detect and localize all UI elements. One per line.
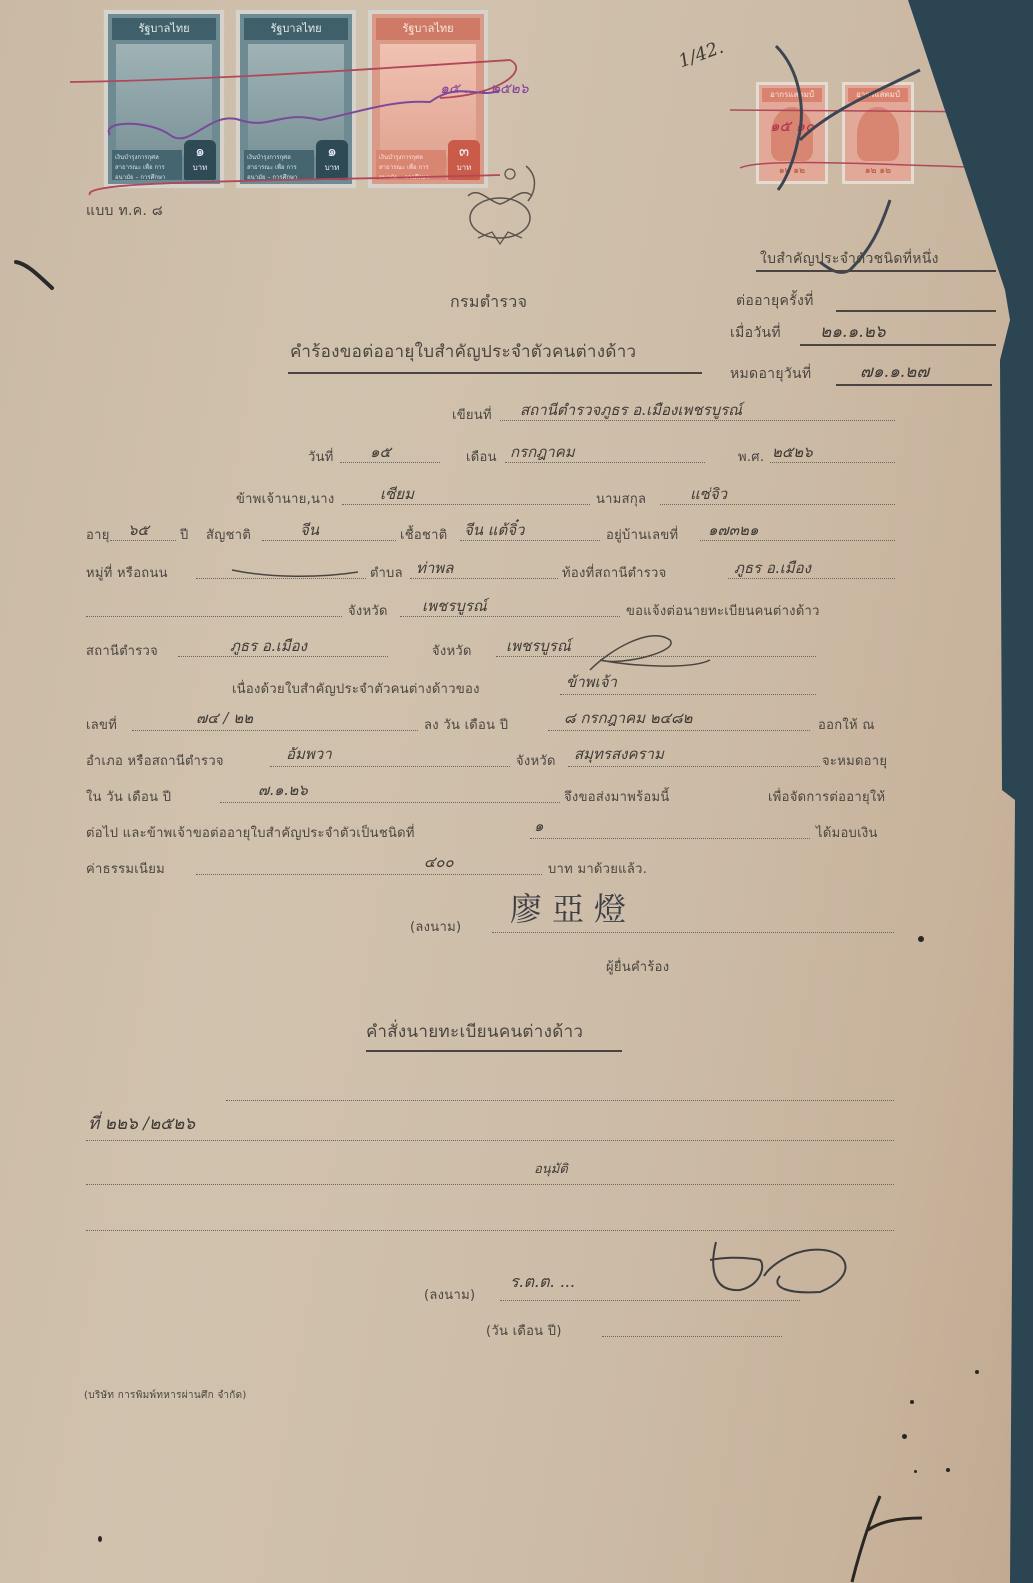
- district-province-label: จังหวัด: [516, 750, 556, 771]
- fill-line: [400, 616, 620, 617]
- send-text: จึงขอส่งมาพร้อมนี้: [564, 786, 670, 807]
- side-box-heading: ใบสำคัญประจำตัวชนิดที่หนึ่ง: [760, 248, 939, 270]
- fill-line: [568, 766, 820, 767]
- age-label: อายุ: [86, 524, 110, 545]
- registrar-sign-name: ร.ต.ต. ...: [510, 1270, 575, 1295]
- year-label: พ.ศ.: [738, 446, 764, 467]
- nationality-value: จีน: [300, 518, 319, 542]
- form-title: คำร้องขอต่ออายุใบสำคัญประจำตัวคนต่างด้าว: [290, 338, 636, 365]
- ethnicity-value: จีน แต้จิ๋ว: [464, 518, 524, 542]
- fill-line: [226, 1100, 894, 1101]
- issued-at-label: ออกให้ ณ: [818, 714, 875, 735]
- fill-line: [132, 730, 418, 731]
- arrange-text: เพื่อจัดการต่ออายุให้: [768, 786, 885, 807]
- year-value: ๒๕๒๖: [772, 440, 813, 464]
- fill-line: [86, 616, 342, 617]
- province-label: จังหวัด: [348, 600, 388, 621]
- police-area-value: ภูธร อ.เมือง: [734, 556, 811, 580]
- fill-line: [460, 540, 600, 541]
- stamp-header: รัฐบาลไทย: [376, 18, 480, 40]
- age-value: ๖๕: [128, 518, 149, 542]
- because-text: เนื่องด้วยใบสำคัญประจำตัวคนต่างด้าวของ: [232, 678, 480, 699]
- divider: [836, 384, 992, 386]
- deliver-text: ได้มอบเงิน: [816, 822, 878, 843]
- expire-on-label: ใน วัน เดือน ปี: [86, 786, 171, 807]
- stamp-header: รัฐบาลไทย: [112, 18, 216, 40]
- district-value: อัมพวา: [286, 742, 332, 766]
- renewal-count-label: ต่ออายุครั้งที่: [736, 290, 814, 312]
- written-at-label: เขียนที่: [452, 404, 492, 425]
- registrar-signature: [660, 1236, 860, 1306]
- punch-hole: [914, 1470, 917, 1473]
- fill-line: [660, 504, 895, 505]
- stamp-header: รัฐบาลไทย: [244, 18, 348, 40]
- fill-line: [262, 540, 396, 541]
- house-number-value: ๑๗๓๒๑: [708, 518, 758, 542]
- fill-line: [492, 932, 894, 933]
- fill-line: [220, 802, 560, 803]
- fee-value: ๔๐๐: [424, 850, 454, 874]
- police-area-label: ท้องที่สถานีตำรวจ: [562, 562, 667, 583]
- garuda-emblem-icon: [448, 156, 552, 252]
- continue-text: ต่อไป และข้าพเจ้าขอต่ออายุใบสำคัญประจำตั…: [86, 822, 415, 843]
- dash-stroke: [230, 566, 360, 578]
- name-label: ข้าพเจ้านาย,นาง: [236, 488, 335, 509]
- expire-on-value: ๗.๑.๒๖: [258, 778, 308, 802]
- nationality-label: สัญชาติ: [206, 524, 251, 545]
- fill-line: [342, 504, 590, 505]
- village-label: หมู่ที่ หรือถนน: [86, 562, 168, 583]
- registrar-sign-label: (ลงนาม): [424, 1284, 475, 1305]
- fill-line: [560, 694, 816, 695]
- district-province-value: สมุทรสงคราม: [574, 742, 664, 766]
- fill-line: [178, 656, 388, 657]
- fill-line: [500, 1300, 800, 1301]
- registrar-note: ที่ ๒๒๖ /๒๕๒๖: [88, 1110, 195, 1137]
- punch-hole: [918, 936, 924, 942]
- fill-line: [530, 838, 810, 839]
- fill-line: [602, 1336, 782, 1337]
- fee-unit: บาท มาด้วยแล้ว.: [548, 858, 647, 879]
- ink-mark: [820, 1490, 940, 1583]
- fill-line: [270, 766, 510, 767]
- expire-label: จะหมดอายุ: [822, 750, 887, 771]
- surname-value: แซ่จิว: [690, 482, 727, 506]
- expiry-date-value: ๗๑.๑.๒๗: [860, 358, 929, 385]
- fill-line: [196, 874, 542, 875]
- fill-line: [110, 540, 176, 541]
- notify-text: ขอแจ้งต่อนายทะเบียนคนต่างด้าว: [626, 600, 820, 621]
- province-value: เพชรบูรณ์: [422, 594, 487, 618]
- stamp-cancel-date: ๑๕ ..... ๒๕๒๖: [440, 78, 529, 100]
- month-label: เดือน: [466, 446, 497, 467]
- punch-hole: [910, 1400, 914, 1404]
- applicant-signature: 廖亞燈: [510, 884, 636, 930]
- punch-hole: [975, 1370, 979, 1374]
- ink-dot: [98, 1536, 102, 1542]
- renewal-date-value: ๒๑.๑.๒๖: [820, 318, 886, 345]
- name-value: เซียม: [380, 482, 414, 506]
- station-label: สถานีตำรวจ: [86, 640, 158, 661]
- fill-line: [410, 578, 558, 579]
- punch-hole: [902, 1434, 907, 1439]
- fill-line: [86, 1230, 894, 1231]
- fill-line: [340, 462, 440, 463]
- id-type-value: ๑: [534, 814, 544, 838]
- title-underline: [288, 372, 702, 374]
- subdistrict-label: ตำบล: [370, 562, 403, 583]
- divider: [836, 310, 996, 312]
- day-value: ๑๕: [370, 440, 391, 464]
- station-value: ภูธร อ.เมือง: [230, 634, 307, 658]
- dated-value: ๘ กรกฎาคม ๒๔๘๒: [564, 706, 692, 730]
- document-page: รัฐบาลไทย เงินบำรุงการกุศลสาธารณะ เพื่อ …: [0, 0, 1020, 1583]
- renewal-date-label: เมื่อวันที่: [730, 322, 781, 344]
- fill-line: [548, 730, 810, 731]
- punch-hole: [946, 1468, 950, 1472]
- applicant-sign-label: (ลงนาม): [410, 916, 461, 937]
- fill-line: [86, 1184, 894, 1185]
- heading-underline: [366, 1050, 622, 1052]
- age-unit: ปี: [180, 524, 189, 545]
- day-label: วันที่: [308, 446, 334, 467]
- expiry-date-label: หมดอายุวันที่: [730, 363, 811, 385]
- subdistrict-value: ท่าพล: [416, 556, 453, 580]
- id-number-label: เลขที่: [86, 714, 117, 735]
- ink-mark: [12, 256, 62, 296]
- district-label: อำเภอ หรือสถานีตำรวจ: [86, 750, 224, 771]
- written-at-value: สถานีตำรวจภูธร อ.เมืองเพชรบูรณ์: [520, 398, 742, 422]
- fill-line: [500, 420, 895, 421]
- station-province-label: จังหวัด: [432, 640, 472, 661]
- divider: [756, 270, 996, 272]
- fill-line: [86, 1140, 894, 1141]
- fill-line: [196, 578, 366, 579]
- fee-label: ค่าธรรมเนียม: [86, 858, 165, 879]
- applicant-role: ผู้ยื่นคำร้อง: [606, 956, 669, 977]
- registrar-heading: คำสั่งนายทะเบียนคนต่างด้าว: [366, 1018, 583, 1045]
- file-reference: 1/42.: [676, 37, 727, 73]
- ethnicity-label: เชื้อชาติ: [400, 524, 447, 545]
- registrar-initial: อนุมัติ: [534, 1158, 568, 1179]
- printer-credit: (บริษัท การพิมพ์ทหารผ่านศึก จำกัด): [84, 1388, 247, 1403]
- fill-line: [505, 462, 705, 463]
- dated-label: ลง วัน เดือน ปี: [424, 714, 508, 735]
- because-value: ข้าพเจ้า: [566, 670, 617, 694]
- fill-line: [700, 540, 895, 541]
- month-value: กรกฎาคม: [510, 440, 575, 464]
- fill-line: [728, 578, 895, 579]
- fill-line: [770, 462, 895, 463]
- id-number-value: ๗๔ / ๒๒: [196, 706, 253, 730]
- divider: [800, 344, 996, 346]
- form-code: แบบ ท.ค. ๘: [86, 200, 163, 222]
- house-number-label: อยู่บ้านเลขที่: [606, 524, 678, 545]
- department-name: กรมตำรวจ: [450, 290, 527, 315]
- surname-label: นามสกุล: [596, 488, 646, 509]
- registrar-date-label: (วัน เดือน ปี): [486, 1320, 562, 1341]
